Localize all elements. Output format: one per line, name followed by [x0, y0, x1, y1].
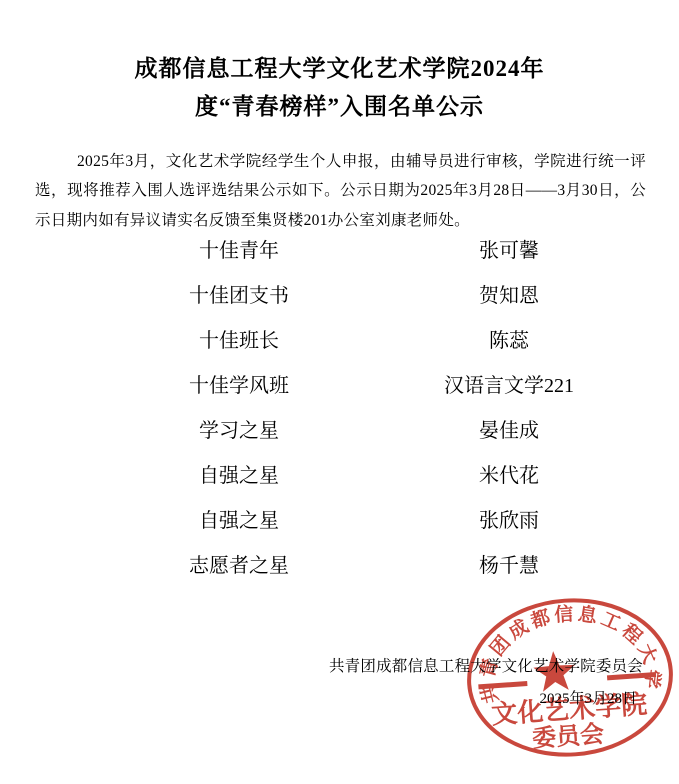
award-winner-name: 米代花	[389, 459, 629, 488]
award-winner-name: 晏佳成	[389, 414, 629, 443]
award-winner-name: 张欣雨	[389, 504, 629, 533]
seal-left-bar	[478, 681, 527, 689]
award-category: 十佳班长	[89, 324, 389, 353]
award-row: 自强之星 张欣雨	[0, 496, 679, 541]
seal-graphic: 共青团成都信息工程大学 文化艺术学院 委员会	[464, 597, 676, 758]
signature-date: 2025年3月28日	[539, 687, 637, 708]
awards-list: 十佳青年 张可馨 十佳团支书 贺知恩 十佳班长 陈蕊 十佳学风班 汉语言文学22…	[0, 226, 679, 586]
award-row: 志愿者之星 杨千慧	[0, 541, 679, 586]
award-row: 学习之星 晏佳成	[0, 406, 679, 451]
award-winner-name: 汉语言文学221	[389, 369, 629, 398]
page-title-line1: 成都信息工程大学文化艺术学院2024年	[0, 50, 679, 88]
award-winner-name: 贺知恩	[389, 279, 629, 308]
award-category: 十佳学风班	[89, 369, 389, 398]
award-winner-name: 杨千慧	[389, 549, 629, 578]
award-category: 学习之星	[89, 414, 389, 443]
award-row: 自强之星 米代花	[0, 451, 679, 496]
official-seal-stamp: 共青团成都信息工程大学 文化艺术学院 委员会	[464, 597, 676, 758]
award-category: 自强之星	[89, 459, 389, 488]
page-title: 成都信息工程大学文化艺术学院2024年 度“青春榜样”入围名单公示	[0, 50, 679, 126]
seal-center-line2: 委员会	[531, 720, 605, 753]
award-winner-name: 陈蕊	[389, 324, 629, 353]
document-page: 成都信息工程大学文化艺术学院2024年 度“青春榜样”入围名单公示 2025年3…	[0, 0, 679, 784]
award-category: 十佳团支书	[89, 279, 389, 308]
announcement-paragraph: 2025年3月，文化艺术学院经学生个人申报，由辅导员进行审核，学院进行统一评选，…	[35, 147, 646, 236]
award-row: 十佳青年 张可馨	[0, 226, 679, 271]
page-title-line2: 度“青春榜样”入围名单公示	[0, 88, 679, 126]
signature-organization: 共青团成都信息工程大学文化艺术学院委员会	[329, 654, 643, 676]
award-row: 十佳学风班 汉语言文学221	[0, 361, 679, 406]
award-category: 自强之星	[89, 504, 389, 533]
award-row: 十佳班长 陈蕊	[0, 316, 679, 361]
seal-ring	[464, 597, 676, 758]
award-row: 十佳团支书 贺知恩	[0, 271, 679, 316]
award-category: 志愿者之星	[89, 549, 389, 578]
award-winner-name: 张可馨	[389, 234, 629, 263]
award-category: 十佳青年	[89, 234, 389, 263]
